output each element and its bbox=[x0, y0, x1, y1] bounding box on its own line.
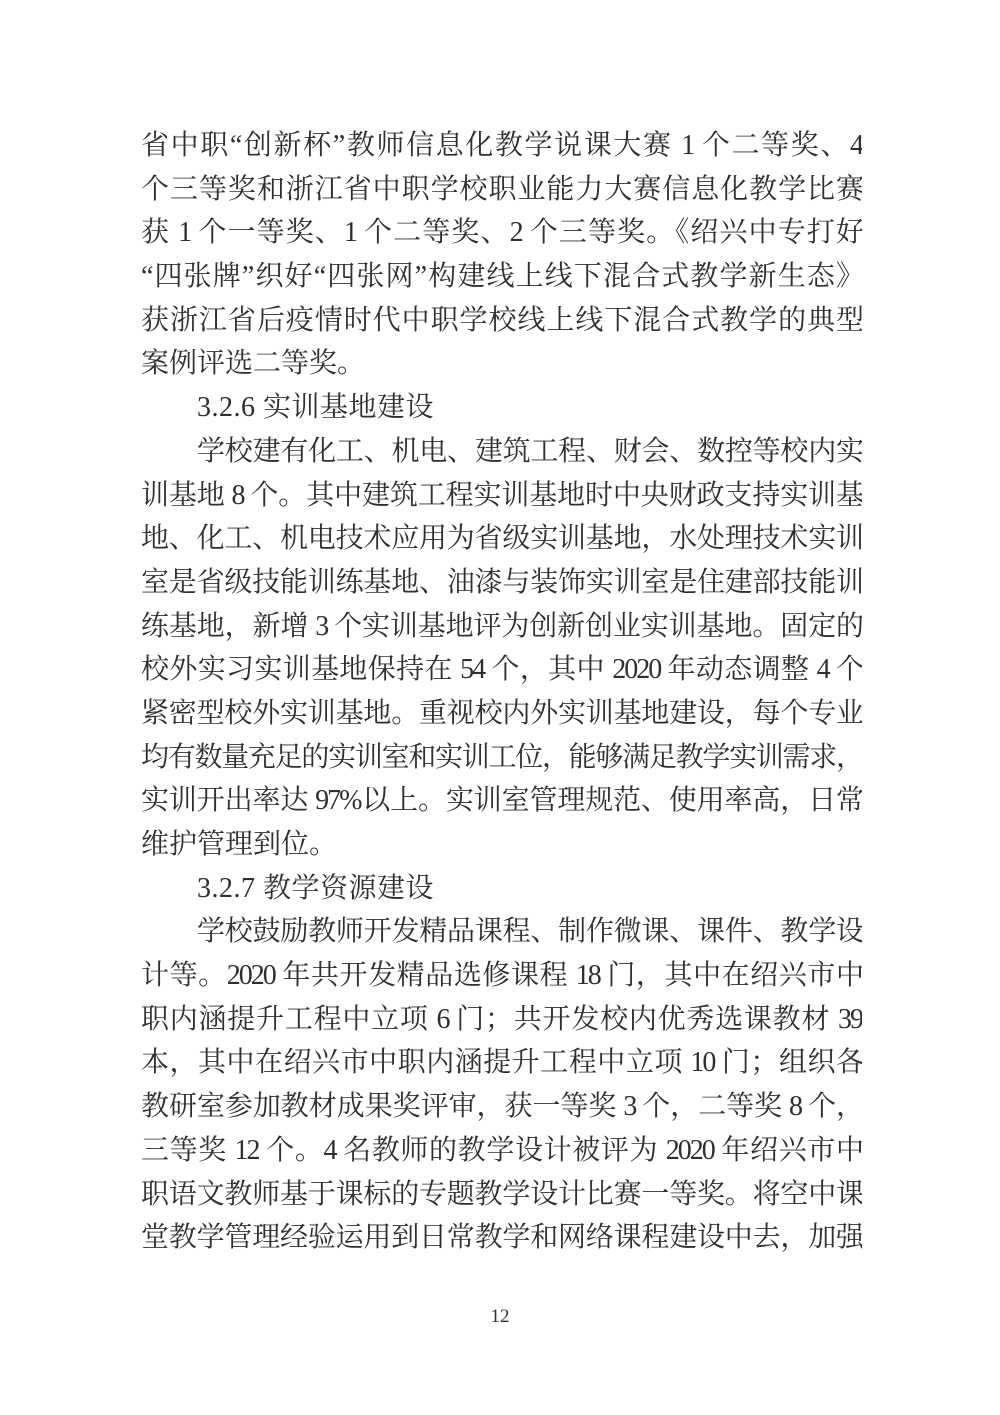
text-line: 教研室参加教材成果奖评审，获一等奖 3 个，二等奖 8 个， bbox=[141, 1085, 862, 1129]
text-line: 堂教学管理经验运用到日常教学和网络课程建设中去，加强 bbox=[141, 1216, 862, 1260]
text-line: 维护管理到位。 bbox=[141, 823, 862, 867]
text-line: 本，其中在绍兴市中职内涵提升工程中立项 10 门；组织各 bbox=[141, 1041, 862, 1085]
text-line: 室是省级技能训练基地、油漆与装饰实训室是住建部技能训 bbox=[141, 561, 862, 605]
section-heading: 3.2.6 实训基地建设 bbox=[141, 386, 862, 430]
text-line: 训基地 8 个。其中建筑工程实训基地时中央财政支持实训基 bbox=[141, 474, 862, 518]
text-line: 学校鼓励教师开发精品课程、制作微课、课件、教学设 bbox=[141, 910, 862, 954]
text-line: 个三等奖和浙江省中职学校职业能力大赛信息化教学比赛 bbox=[141, 168, 862, 212]
text-line: 案例评选二等奖。 bbox=[141, 342, 862, 386]
text-line: 三等奖 12 个。4 名教师的教学设计被评为 2020 年绍兴市中 bbox=[141, 1129, 862, 1173]
text-block: 省中职“创新杯”教师信息化教学说课大赛 1 个二等奖、4个三等奖和浙江省中职学校… bbox=[141, 124, 862, 1260]
text-line: 职内涵提升工程中立项 6 门；共开发校内优秀选课教材 39 bbox=[141, 998, 862, 1042]
text-line: 获 1 个一等奖、1 个二等奖、2 个三等奖。《绍兴中专打好 bbox=[141, 211, 862, 255]
document-page: 省中职“创新杯”教师信息化教学说课大赛 1 个二等奖、4个三等奖和浙江省中职学校… bbox=[0, 0, 1000, 1415]
page-number: 12 bbox=[0, 1306, 1000, 1328]
text-line: 获浙江省后疫情时代中职学校线上线下混合式教学的典型 bbox=[141, 299, 862, 343]
text-line: 紧密型校外实训基地。重视校内外实训基地建设，每个专业 bbox=[141, 692, 862, 736]
text-line: 校外实习实训基地保持在 54 个，其中 2020 年动态调整 4 个 bbox=[141, 648, 862, 692]
text-line: 实训开出率达 97%以上。实训室管理规范、使用率高，日常 bbox=[141, 779, 862, 823]
text-line: 地、化工、机电技术应用为省级实训基地，水处理技术实训 bbox=[141, 517, 862, 561]
text-line: 省中职“创新杯”教师信息化教学说课大赛 1 个二等奖、4 bbox=[141, 124, 862, 168]
text-line: 均有数量充足的实训室和实训工位，能够满足教学实训需求， bbox=[141, 736, 862, 780]
text-line: 练基地，新增 3 个实训基地评为创新创业实训基地。固定的 bbox=[141, 605, 862, 649]
text-line: 职语文教师基于课标的专题教学设计比赛一等奖。将空中课 bbox=[141, 1173, 862, 1217]
text-line: “四张牌”织好“四张网”构建线上线下混合式教学新生态》 bbox=[141, 255, 862, 299]
section-heading: 3.2.7 教学资源建设 bbox=[141, 867, 862, 911]
text-line: 学校建有化工、机电、建筑工程、财会、数控等校内实 bbox=[141, 430, 862, 474]
text-line: 计等。2020 年共开发精品选修课程 18 门，其中在绍兴市中 bbox=[141, 954, 862, 998]
